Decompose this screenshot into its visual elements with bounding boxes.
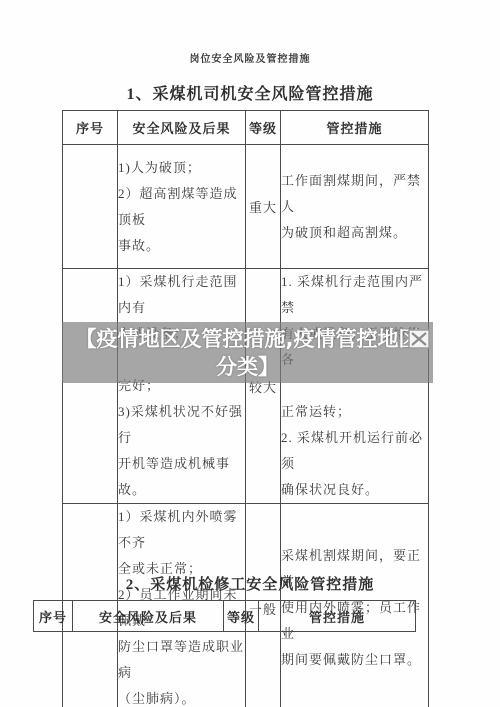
table1-header-index: 序号 (63, 111, 118, 145)
watermark-line2: 分类】 (62, 353, 433, 381)
doc-header-text: 岗位安全风险及管控措施 (0, 50, 500, 65)
document-page: 岗位安全风险及管控措施 1、采煤机司机安全风险管控措施 序号 安全风险及后果 等… (0, 0, 500, 707)
missing-glyph-icon (408, 329, 430, 349)
cell-measures: 工作面割煤期间，严禁人 为破顶和超高割煤。 (281, 145, 429, 269)
table-row: 1)人为破顶； 2）超高割煤等造成顶板 事故。 重大 工作面割煤期间，严禁人 为… (63, 145, 429, 269)
cell-measures: 1. 采煤机行走范围内严禁 有人或设备；正常检修各 正常运转； 2. 采煤机开机… (281, 269, 429, 504)
cell-level: 较大 (246, 269, 281, 504)
table1-header-risk: 安全风险及后果 (118, 111, 246, 145)
cell-index (63, 145, 118, 269)
cell-risk: 1）采煤机行走范围内有 人或设备； 完好； 3)采煤机状况不好强行 开机等造成机… (118, 269, 246, 504)
table1-header-level: 等级 (246, 111, 281, 145)
table2-header-row: 序号 安全风险及后果 等级 管控措施 (34, 601, 416, 632)
table2-header-index: 序号 (34, 601, 73, 632)
table2-header-measures: 管控措施 (259, 601, 416, 632)
watermark-overlay: 【疫情地区及管控措施,疫情管控地区 分类】 (62, 322, 433, 383)
section1-title: 1、采煤机司机安全风险管控措施 (0, 81, 500, 104)
risk-table-2: 序号 安全风险及后果 等级 管控措施 (33, 600, 416, 632)
table1-header-measures: 管控措施 (281, 111, 429, 145)
cell-index (63, 269, 118, 504)
watermark-line1: 【疫情地区及管控措施,疫情管控地区 (62, 325, 433, 353)
table1-header-row: 序号 安全风险及后果 等级 管控措施 (63, 111, 429, 145)
cell-level: 重大 (246, 145, 281, 269)
section2-title: 2、采煤机检修工安全风险管控措施 (0, 573, 500, 594)
table2-header-risk: 安全风险及后果 (73, 601, 224, 632)
table2-header-level: 等级 (224, 601, 259, 632)
table-row: 1）采煤机行走范围内有 人或设备； 完好； 3)采煤机状况不好强行 开机等造成机… (63, 269, 429, 504)
cell-risk: 1)人为破顶； 2）超高割煤等造成顶板 事故。 (118, 145, 246, 269)
